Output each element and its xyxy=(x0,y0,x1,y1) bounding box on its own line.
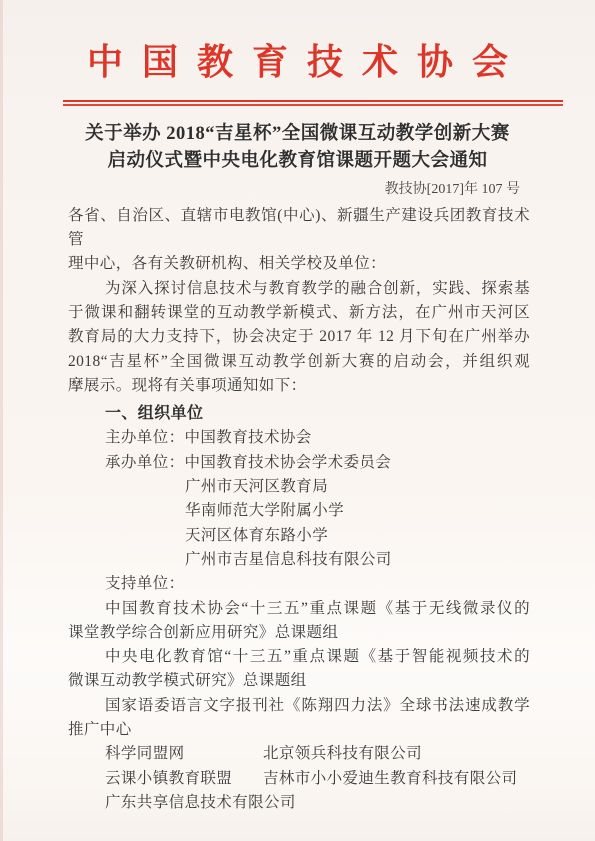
doc-title-line-2: 启动仪式暨中央电化教育馆课题开题大会通知 xyxy=(0,148,595,175)
organizer-unit-line: 承办单位：中国教育技术协会学术委员会 xyxy=(68,451,530,475)
host-unit-line: 主办单位：中国教育技术协会 xyxy=(68,426,530,450)
doc-body: 各省、自治区、直辖市电教馆(中心)、新疆生产建设兵团教育技术管 理中心，各有关教… xyxy=(68,204,530,815)
supporter-paragraph-line: 中央电化教育馆“十三五”重点课题《基于智能视频技术的 xyxy=(68,645,530,669)
organizer-unit-continued: 广州市吉星信息科技有限公司 xyxy=(68,548,530,572)
intro-line: 摩展示。现将有关事项通知如下： xyxy=(68,374,530,398)
addressee-line: 各省、自治区、直辖市电教馆(中心)、新疆生产建设兵团教育技术管 xyxy=(68,204,530,253)
addressee-line: 理中心，各有关教研机构、相关学校及单位： xyxy=(68,252,530,276)
supporter-name: 科学同盟网 xyxy=(105,742,263,766)
doc-title-line-1: 关于举办 2018“吉星杯”全国微课互动教学创新大赛 xyxy=(0,121,595,148)
doc-number: 教技协[2017]年 107 号 xyxy=(0,178,595,198)
supporter-paragraph-line: 中国教育技术协会“十三五”重点课题《基于无线微录仪的 xyxy=(68,597,530,621)
document-page: 中国教育技术协会 关于举办 2018“吉星杯”全国微课互动教学创新大赛 启动仪式… xyxy=(0,0,595,841)
letterhead-org-name: 中国教育技术协会 xyxy=(0,44,595,82)
intro-line: 2018“吉星杯”全国微课互动教学创新大赛的启动会，并组织观 xyxy=(68,350,530,374)
supporter-row: 科学同盟网北京领兵科技有限公司 xyxy=(68,742,530,766)
intro-line: 教育局的大力支持下，协会决定于 2017 年 12 月下旬在广州举办 xyxy=(68,325,530,349)
supporter-paragraph-line: 课堂教学综合创新应用研究》总课题组 xyxy=(68,621,530,645)
supporter-paragraph-line: 微课互动教学模式研究》总课题组 xyxy=(68,669,530,693)
supporter-paragraph-line: 推广中心 xyxy=(68,718,530,742)
organizer-unit-continued: 广州市天河区教育局 xyxy=(68,475,530,499)
supporter-paragraph-line: 国家语委语言文字报刊社《陈翔四力法》全球书法速成教学 xyxy=(68,694,530,718)
intro-line: 为深入探讨信息技术与教育教学的融合创新，实践、探索基 xyxy=(68,277,530,301)
intro-line: 于微课和翻转课堂的互动教学新模式、新方法，在广州市天河区 xyxy=(68,301,530,325)
supporter-name: 云课小镇教育联盟 xyxy=(105,767,263,791)
supporter-company: 北京领兵科技有限公司 xyxy=(263,745,422,762)
organizer-unit-continued: 华南师范大学附属小学 xyxy=(68,499,530,523)
supporter-label: 支持单位： xyxy=(68,572,530,596)
doc-title: 关于举办 2018“吉星杯”全国微课互动教学创新大赛 启动仪式暨中央电化教育馆课… xyxy=(0,121,595,175)
letterhead-double-rule xyxy=(63,100,563,106)
supporter-company: 吉林市小小爱迪生教育科技有限公司 xyxy=(263,770,517,787)
supporter-row: 广东共享信息技术有限公司 xyxy=(68,791,530,815)
section-heading-organizers: 一、组织单位 xyxy=(68,402,530,426)
organizer-unit-continued: 天河区体育东路小学 xyxy=(68,524,530,548)
supporter-row: 云课小镇教育联盟吉林市小小爱迪生教育科技有限公司 xyxy=(68,767,530,791)
